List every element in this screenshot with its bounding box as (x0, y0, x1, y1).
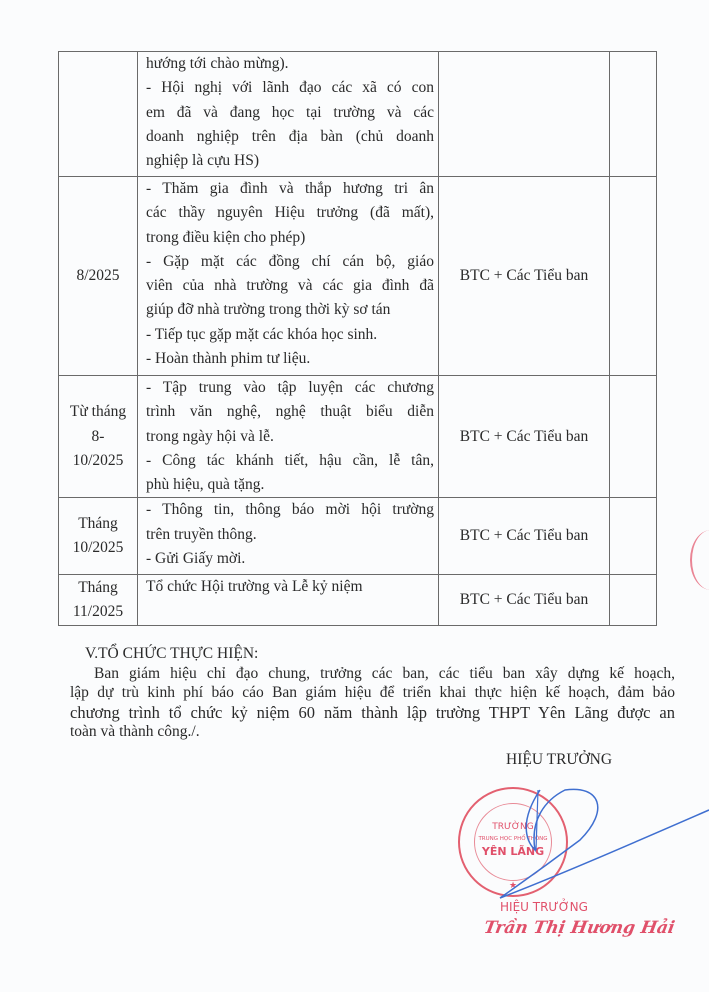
content-line: các thầy nguyên Hiệu trưởng (đã mất), (146, 201, 434, 225)
handwritten-signature (440, 780, 709, 920)
content-cell: Tổ chức Hội trường và Lễ kỷ niệm (138, 575, 439, 626)
edge-stamp-mark (690, 530, 709, 590)
content-line: - Gặp mặt các đồng chí cán bộ, giáo (146, 250, 434, 274)
table-row: Tháng11/2025Tổ chức Hội trường và Lễ kỷ … (59, 575, 657, 626)
content-line: viên của nhà trường và các gia đình đã (146, 274, 434, 298)
responsible-cell (439, 52, 610, 177)
responsible-cell: BTC + Các Tiểu ban (439, 498, 610, 575)
content-cell: - Tập trung vào tập luyện các chươngtrìn… (138, 376, 439, 498)
section-line: chương trình tổ chức kỷ niệm 60 năm thàn… (58, 703, 675, 723)
section-title: V.TỔ CHỨC THỰC HIỆN: (85, 644, 675, 664)
content-line: - Hoàn thành phim tư liệu. (146, 347, 434, 371)
time-text: 10/2025 (59, 536, 137, 560)
plan-table: hướng tới chào mừng).- Hội nghị với lãnh… (58, 51, 657, 626)
time-cell: Từ tháng8-10/2025 (59, 376, 138, 498)
content-line: doanh nghiệp trên địa bàn (chủ doanh (146, 125, 434, 149)
content-line: - Thông tin, thông báo mời hội trường (146, 498, 434, 522)
responsible-cell: BTC + Các Tiểu ban (439, 575, 610, 626)
content-line: trên truyền thông. (146, 523, 434, 547)
responsible-cell: BTC + Các Tiểu ban (439, 177, 610, 376)
content-line: - Tập trung vào tập luyện các chương (146, 376, 434, 400)
content-line: Tổ chức Hội trường và Lễ kỷ niệm (146, 575, 434, 599)
table-row: Tháng10/2025- Thông tin, thông báo mời h… (59, 498, 657, 575)
time-text: 11/2025 (59, 600, 137, 624)
note-cell (610, 177, 657, 376)
content-line: trình văn nghệ, nghệ thuật biểu diễn (146, 400, 434, 424)
note-cell (610, 498, 657, 575)
section-body: Ban giám hiệu chỉ đạo chung, trưởng các … (70, 664, 675, 742)
section-line: lập dự trù kinh phí báo cáo Ban giám hiệ… (58, 683, 675, 703)
content-cell: - Thăm gia đình và thắp hương tri âncác … (138, 177, 439, 376)
signature-title: HIỆU TRƯỞNG (506, 751, 612, 769)
implementation-section: V.TỔ CHỨC THỰC HIỆN: Ban giám hiệu chỉ đ… (70, 644, 675, 742)
note-cell (610, 575, 657, 626)
time-cell (59, 52, 138, 177)
time-text: Tháng (59, 512, 137, 536)
time-text: 8/2025 (59, 264, 137, 288)
content-line: phù hiệu, quà tặng. (146, 473, 434, 497)
time-text: Tháng (59, 576, 137, 600)
content-line: - Gửi Giấy mời. (146, 547, 434, 571)
time-text: 10/2025 (59, 449, 137, 473)
responsible-cell: BTC + Các Tiểu ban (439, 376, 610, 498)
time-cell: 8/2025 (59, 177, 138, 376)
content-line: hướng tới chào mừng). (146, 52, 434, 76)
time-text: Từ tháng (59, 400, 137, 424)
seal-title: HIỆU TRƯỞNG (500, 900, 588, 914)
table-row: hướng tới chào mừng).- Hội nghị với lãnh… (59, 52, 657, 177)
note-cell (610, 52, 657, 177)
content-line: giúp đỡ nhà trường trong thời kỳ sơ tán (146, 298, 434, 322)
table-row: Từ tháng8-10/2025- Tập trung vào tập luy… (59, 376, 657, 498)
content-line: - Thăm gia đình và thắp hương tri ân (146, 177, 434, 201)
content-line: - Tiếp tục gặp mặt các khóa học sinh. (146, 323, 434, 347)
time-cell: Tháng11/2025 (59, 575, 138, 626)
content-line: - Công tác khánh tiết, hậu cần, lễ tân, (146, 449, 434, 473)
content-line: - Hội nghị với lãnh đạo các xã có con (146, 76, 434, 100)
content-line: nghiệp là cựu HS) (146, 149, 434, 173)
section-line: toàn và thành công./. (58, 722, 675, 742)
content-line: trong ngày hội và lễ. (146, 425, 434, 449)
seal-name: Trần Thị Hương Hải (482, 918, 676, 938)
content-line: em đã và đang học tại trường và các (146, 101, 434, 125)
time-cell: Tháng10/2025 (59, 498, 138, 575)
section-line: Ban giám hiệu chỉ đạo chung, trưởng các … (82, 664, 675, 684)
table-row: 8/2025- Thăm gia đình và thắp hương tri … (59, 177, 657, 376)
content-cell: hướng tới chào mừng).- Hội nghị với lãnh… (138, 52, 439, 177)
content-cell: - Thông tin, thông báo mời hội trườngtrê… (138, 498, 439, 575)
note-cell (610, 376, 657, 498)
content-line: trong điều kiện cho phép) (146, 226, 434, 250)
time-text: 8- (59, 425, 137, 449)
